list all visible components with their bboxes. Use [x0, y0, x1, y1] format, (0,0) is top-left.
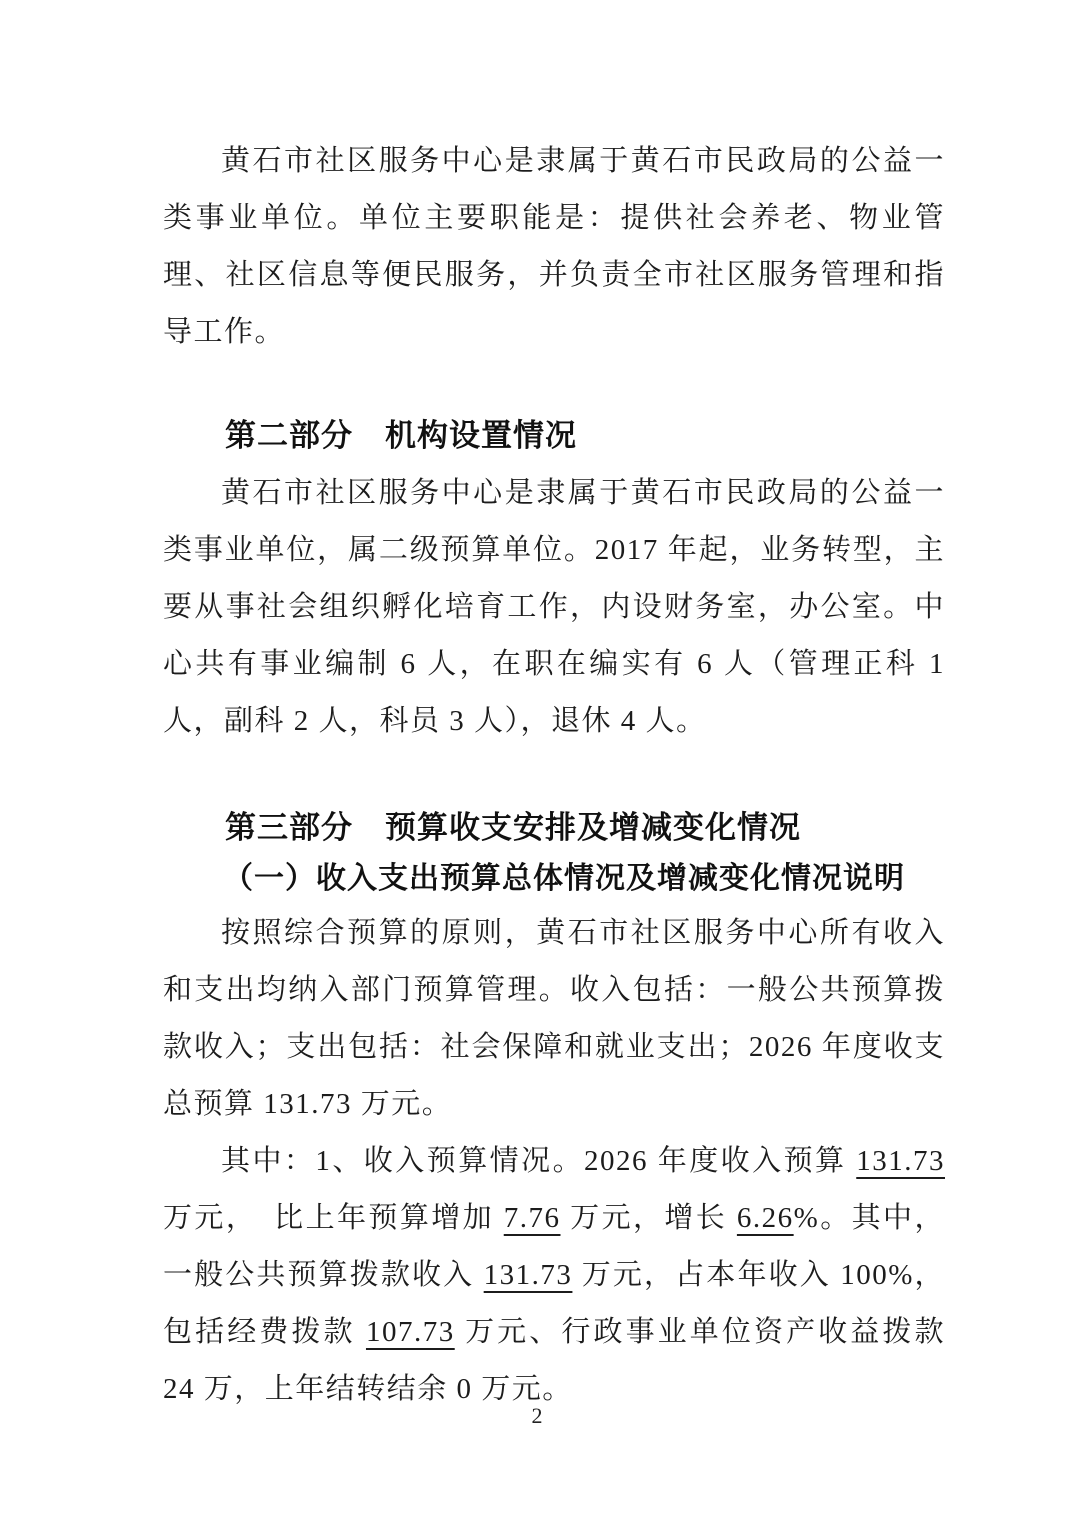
document-content: 黄石市社区服务中心是隶属于黄石市民政局的公益一类事业单位。单位主要职能是：提供社…: [163, 133, 945, 1418]
underlined-value: 7.76: [504, 1202, 561, 1234]
text-segment: 万元， 比上年预算增加: [163, 1202, 504, 1234]
underlined-value: 131.73: [484, 1259, 573, 1291]
underlined-value: 131.73: [856, 1145, 945, 1177]
income-budget-paragraph: 其中：1、收入预算情况。2026 年度收入预算 131.73 万元， 比上年预算…: [163, 1133, 945, 1418]
underlined-value: 6.26: [737, 1202, 794, 1234]
text-segment: 其中：1、收入预算情况。2026 年度收入预算: [221, 1145, 856, 1177]
part2-paragraph: 黄石市社区服务中心是隶属于黄石市民政局的公益一类事业单位，属二级预算单位。201…: [163, 465, 945, 750]
part3-subheading: （一）收入支出预算总体情况及增减变化情况说明: [163, 853, 945, 905]
underlined-value: 107.73: [366, 1316, 455, 1348]
part3-heading: 第三部分 预算收支安排及增减变化情况: [163, 803, 945, 853]
intro-paragraph: 黄石市社区服务中心是隶属于黄石市民政局的公益一类事业单位。单位主要职能是：提供社…: [163, 133, 945, 361]
text-segment: 万元，增长: [560, 1202, 736, 1234]
page-number: 2: [0, 1402, 1074, 1430]
document-page: 黄石市社区服务中心是隶属于黄石市民政局的公益一类事业单位。单位主要职能是：提供社…: [0, 0, 1074, 1520]
budget-overview-paragraph: 按照综合预算的原则，黄石市社区服务中心所有收入和支出均纳入部门预算管理。收入包括…: [163, 905, 945, 1133]
part2-heading: 第二部分 机构设置情况: [163, 408, 945, 465]
